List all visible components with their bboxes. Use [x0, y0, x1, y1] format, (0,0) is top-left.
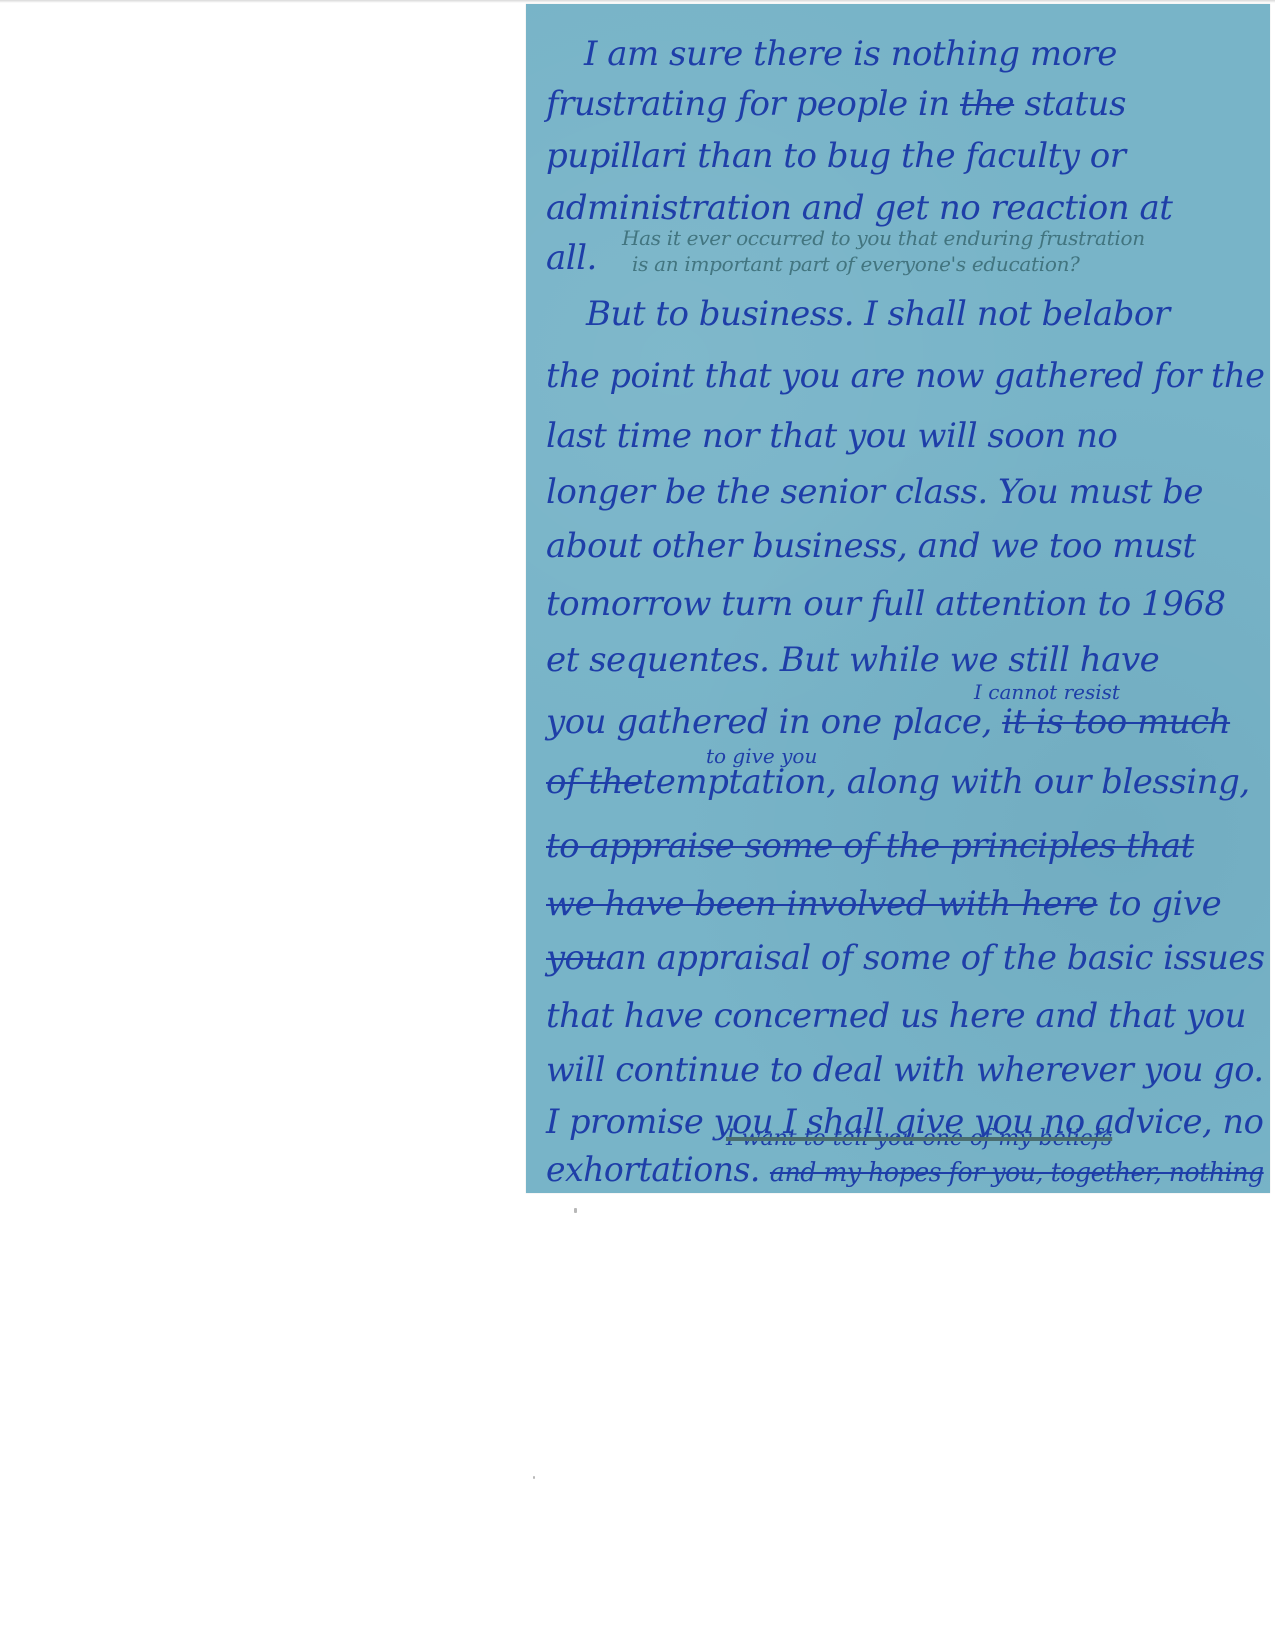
scan-edge [0, 0, 1275, 3]
manuscript-page: I am sure there is nothing more frustrat… [526, 4, 1270, 1193]
text-line-2: frustrating for people in the status [546, 84, 1126, 124]
text-line-9: longer be the senior class. You must be [546, 472, 1203, 512]
text-line-5: all. [546, 238, 597, 278]
text-line-18: that have concerned us here and that you [546, 996, 1246, 1036]
text-line-1: I am sure there is nothing more [584, 34, 1117, 74]
pencil-insert-line-2: is an important part of everyone's educa… [632, 252, 1080, 276]
text-line-4: administration and get no reaction at [546, 188, 1172, 228]
text-line-7: the point that you are now gathered for … [546, 356, 1264, 396]
text-line-14: of thetemptation, along with our blessin… [546, 762, 1250, 802]
scan-speck [533, 1476, 535, 1479]
text-line-17: youan appraisal of some of the basic iss… [546, 938, 1265, 978]
struck-text: we have been involved with here [546, 884, 1098, 924]
text-line-10: about other business, and we too must [546, 526, 1196, 566]
text-line-21: exhortations. and my hopes for you, toge… [546, 1150, 1264, 1190]
text-line-19: will continue to deal with wherever you … [546, 1050, 1264, 1090]
text-line-13: you gathered in one place, it is too muc… [546, 702, 1230, 742]
scan-speck [574, 1208, 577, 1213]
insertion-above-line-21: I want to tell you one of my beliefs [726, 1126, 1112, 1151]
pencil-insert-line-1: Has it ever occurred to you that endurin… [622, 226, 1145, 250]
insertion-above-line-13: I cannot resist [974, 680, 1120, 704]
text-line-6: But to business. I shall not belabor [586, 294, 1170, 334]
struck-text: it is too much [1002, 702, 1230, 742]
struck-text: and my hopes for you, together, nothing [770, 1158, 1264, 1188]
struck-text: the [960, 84, 1014, 124]
text-line-16: we have been involved with here to give [546, 884, 1221, 924]
struck-text: you [546, 938, 606, 978]
text-line-8: last time nor that you will soon no [546, 416, 1117, 456]
text-line-3: pupillari than to bug the faculty or [546, 136, 1126, 176]
text-line-12: et sequentes. But while we still have [546, 640, 1159, 680]
struck-text: to appraise some of the principles that [546, 826, 1194, 866]
struck-text: of the [546, 762, 643, 802]
text-line-15: to appraise some of the principles that [546, 826, 1194, 866]
text-line-11: tomorrow turn our full attention to 1968 [546, 584, 1226, 624]
